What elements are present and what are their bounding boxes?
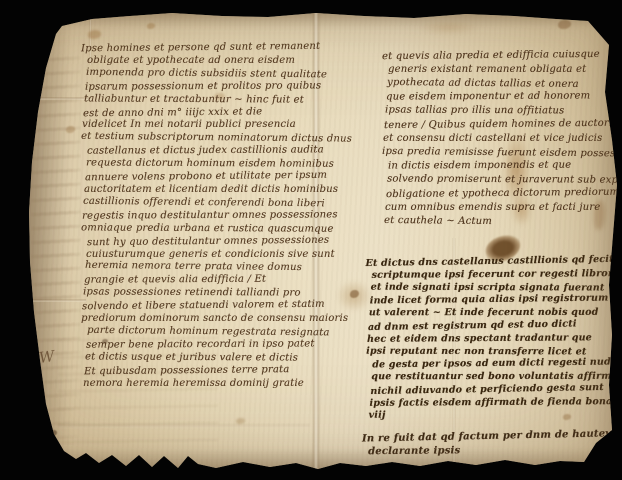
- manuscript-text-line: et cauthela ~ Actum: [384, 213, 592, 229]
- stain: [336, 280, 372, 312]
- manuscript-text-line: solvendo et libere statuendi valorem et …: [82, 299, 316, 314]
- horizontal-crease: [29, 97, 91, 100]
- manuscript-text-line: prediorum dominorum sancto de consensu m…: [81, 313, 315, 326]
- manuscript-text-line: auctoritatem et licentiam dedit dictis h…: [84, 184, 318, 197]
- edge-shadow-left: [24, 10, 70, 470]
- manuscript-text-line: et quevis alia predia et edifficia cuius…: [382, 48, 590, 64]
- stain: [88, 30, 101, 39]
- manuscript-text-line: nemora heremia heremissa dominij gratie: [83, 378, 317, 391]
- parchment-sheet: W Ipse homines et persone qd sunt et rem…: [0, 0, 622, 480]
- stain: [558, 20, 571, 29]
- manuscript-text-line: hec et eidem dns spectant tradantur que: [367, 332, 597, 346]
- manuscript-text-line: declarante ipsis: [368, 442, 602, 458]
- manuscript-text-line: Et quibusdam possessiones terre prata: [84, 363, 318, 378]
- ink-showthrough: [31, 52, 81, 444]
- manuscript-text-line: Ipse homines et persone qd sunt et reman…: [81, 41, 315, 56]
- manuscript-text-line: est de anno dni m° iiijc xxix et die: [83, 105, 317, 120]
- manuscript-text-line: viij: [369, 409, 599, 423]
- stain: [418, 20, 480, 35]
- horizontal-crease: [28, 299, 86, 302]
- manuscript-text-line: semper bene placito recordari in ipso pa…: [86, 338, 320, 352]
- stain: [236, 418, 245, 424]
- horizontal-crease: [58, 424, 310, 428]
- manuscript-text-line: tenere / Quibus quidem homines de auctor…: [384, 117, 592, 133]
- left-page-text: Ipse homines et persone qd sunt et reman…: [84, 42, 318, 390]
- manuscript-text-line: obligate et ypothecate ad onera eisdem: [87, 55, 321, 68]
- manuscript-text-line: generis existant remanent obligata et: [388, 63, 596, 77]
- stain: [66, 126, 75, 133]
- stain: [50, 430, 57, 436]
- manuscript-text-line: annuere volens probono et utilitate per …: [85, 170, 319, 185]
- manuscript-text-line: que eisdem imponentur et ad honorem: [386, 90, 594, 105]
- manuscript-text-line: et consensu dicti castellani et vice jud…: [383, 132, 591, 146]
- stain: [350, 290, 359, 298]
- manuscript-text-line: cum omnibus emendis supra et facti jure: [385, 201, 593, 215]
- stain: [147, 23, 155, 29]
- right-page-paragraph-2: Et dictus dns castellanus castillionis q…: [368, 255, 599, 423]
- manuscript-photo: W Ipse homines et persone qd sunt et rem…: [0, 0, 622, 480]
- marginal-flourish: W: [38, 347, 56, 367]
- closing-note: In re fuit dat qd factum per dnm de haut…: [365, 429, 599, 458]
- manuscript-text-line: ipsis factis eisdem affirmath de fienda …: [369, 396, 599, 410]
- edge-shadow-top: [40, 10, 600, 28]
- manuscript-text-line: ipsarum possessionum et prolitos pro qui…: [85, 80, 319, 94]
- manuscript-text-line: talliabuntur et tractabuntur ~ hinc fuit…: [84, 93, 318, 107]
- manuscript-text-line: scriptumque ipsi fecerunt cor regesti li…: [372, 268, 602, 282]
- manuscript-text-line: in dictis eisdem imponendis et que: [388, 159, 596, 174]
- manuscript-text-line: omniaque predia urbana et rustica quascu…: [81, 222, 315, 236]
- manuscript-text-line: regestis inquo destitulantur omnes posse…: [82, 209, 316, 223]
- manuscript-text-line: sunt hy quo destitulantur omnes possessi…: [87, 234, 321, 249]
- right-page-paragraph-1: et quevis alia predia et edifficia cuius…: [385, 49, 593, 228]
- manuscript-text-line: obligatione et ypotheca dictorum predior…: [386, 186, 594, 202]
